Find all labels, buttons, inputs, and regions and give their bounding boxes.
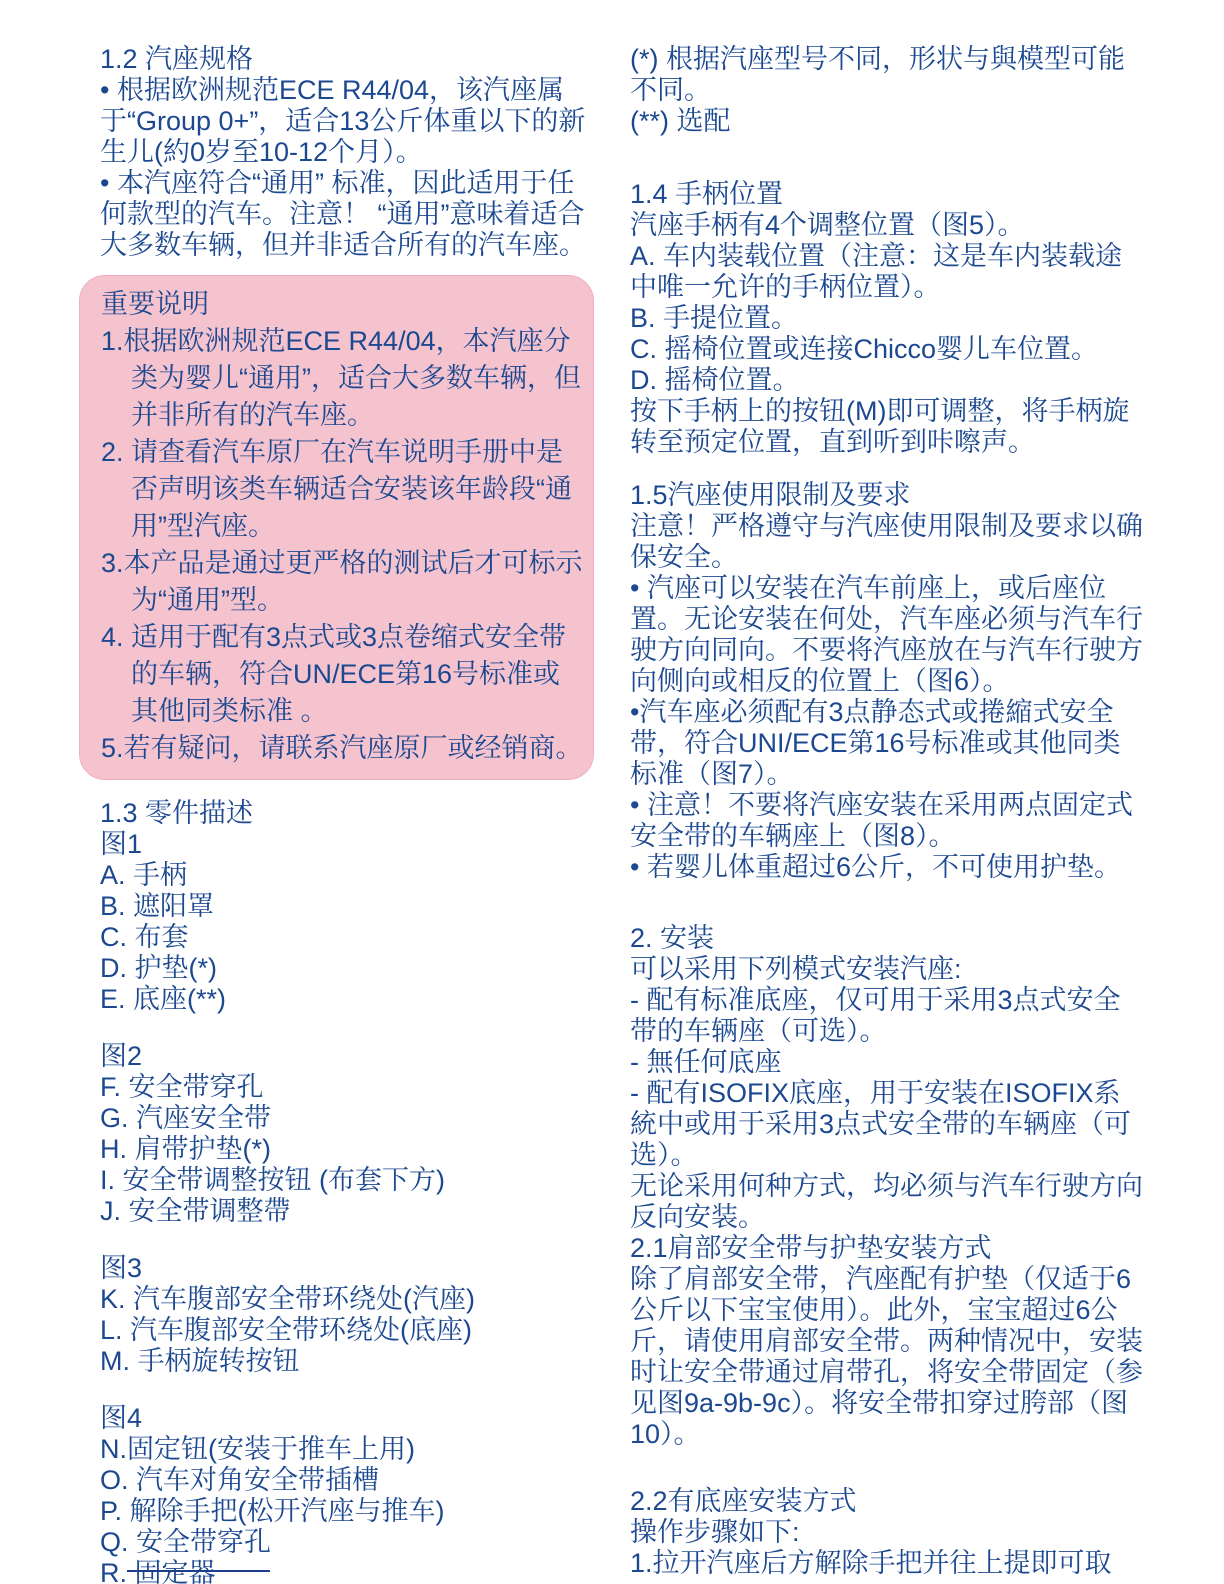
part-item-m: M. 手柄旋转按钮 [100, 1346, 594, 1377]
section-2-line-2: - 配有标准底座，仅可用于采用3点式安全带的车辆座（可选）。 [630, 985, 1146, 1047]
part-item-d: D. 护垫(*) [100, 953, 594, 984]
important-box-title: 重要说明 [101, 286, 583, 323]
part-item-h: H. 肩带护垫(*) [100, 1134, 594, 1165]
important-box-item-2: 2. 请查看汽车原厂在汽车说明手册中是否声明该类车辆适合安装该年龄段“通用”型汽… [101, 434, 583, 545]
footnote-double-asterisk: (**) 选配 [630, 106, 1146, 137]
section-1-4: 1.4 手柄位置 汽座手柄有4个调整位置（图5）。 A. 车内装载位置（注意：这… [630, 179, 1146, 458]
section-2-2-line-2: 1.拉开汽座后方解除手把并往上提即可取 [630, 1548, 1146, 1579]
section-1-5-line-1: 注意！严格遵守与汽座使用限制及要求以确保安全。 [630, 511, 1146, 573]
section-1-4-line-4: C. 摇椅位置或连接Chicco婴儿车位置。 [630, 334, 1146, 365]
section-2-2-line-1: 操作步骤如下: [630, 1517, 1146, 1548]
part-item-g: G. 汽座安全带 [100, 1103, 594, 1134]
part-item-n: N.固定钮(安装于推车上用) [100, 1434, 594, 1465]
section-1-3-title: 1.3 零件描述 [100, 798, 594, 829]
section-1-5-title: 1.5汽座使用限制及要求 [630, 480, 1146, 511]
part-item-f: F. 安全带穿孔 [100, 1072, 594, 1103]
part-item-c: C. 布套 [100, 922, 594, 953]
section-1-4-line-2: A. 车内装载位置（注意：这是车内装载途中唯一允许的手柄位置）。 [630, 241, 1146, 303]
figure-1-label: 图1 [100, 829, 594, 860]
section-2-1-title: 2.1肩部安全带与护垫安装方式 [630, 1233, 1146, 1264]
important-box-item-5: 5.若有疑问，请联系汽座原厂或经销商。 [101, 730, 583, 767]
section-1-5-line-5: • 若婴儿体重超过6公斤，不可使用护垫。 [630, 852, 1146, 883]
figure-3-label: 图3 [100, 1253, 594, 1284]
footnotes: (*) 根据汽座型号不同，形状与與模型可能不同。 (**) 选配 [630, 44, 1146, 137]
figure-4-group: 图4 N.固定钮(安装于推车上用) O. 汽车对角安全带插槽 P. 解除手把(松… [100, 1403, 594, 1584]
section-1-5-line-3: •汽车座必须配有3点静态式或捲縮式安全带，符合UNI/ECE第16号标准或其他同… [630, 697, 1146, 790]
section-1-4-line-3: B. 手提位置。 [630, 303, 1146, 334]
figure-2-label: 图2 [100, 1041, 594, 1072]
section-1-4-line-1: 汽座手柄有4个调整位置（图5）。 [630, 210, 1146, 241]
part-item-e: E. 底座(**) [100, 984, 594, 1015]
figure-2-group: 图2 F. 安全带穿孔 G. 汽座安全带 H. 肩带护垫(*) I. 安全带调整… [100, 1041, 594, 1227]
section-1-5: 1.5汽座使用限制及要求 注意！严格遵守与汽座使用限制及要求以确保安全。 • 汽… [630, 480, 1146, 883]
manual-page: 1.2 汽座规格 • 根据欧洲规范ECE R44/04，该汽座属于“Group … [0, 0, 1224, 1584]
section-1-2-title: 1.2 汽座规格 [100, 44, 594, 75]
section-2-1-paragraph: 除了肩部安全带，汽座配有护垫（仅适于6公斤以下宝宝使用）。此外，宝宝超过6公斤，… [630, 1264, 1146, 1450]
section-2-title: 2. 安装 [630, 923, 1146, 954]
section-1-4-title: 1.4 手柄位置 [630, 179, 1146, 210]
important-note-box: 重要说明 1.根据欧洲规范ECE R44/04，本汽座分类为婴儿“通用”，适合大… [79, 275, 594, 780]
section-1-2: 1.2 汽座规格 • 根据欧洲规范ECE R44/04，该汽座属于“Group … [100, 44, 594, 261]
footer-rule [127, 1570, 270, 1572]
important-box-item-3: 3.本产品是通过更严格的测试后才可标示为“通用”型。 [101, 545, 583, 619]
section-2-line-3: - 無任何底座 [630, 1047, 1146, 1078]
section-2-line-5: 无论采用何种方式，均必须与汽车行驶方向反向安装。 [630, 1171, 1146, 1233]
part-item-i: I. 安全带调整按钮 (布套下方) [100, 1165, 594, 1196]
section-1-5-line-2: • 汽座可以安装在汽车前座上，或后座位置。无论安装在何处，汽车座必须与汽车行驶方… [630, 573, 1146, 697]
part-item-k: K. 汽车腹部安全带环绕处(汽座) [100, 1284, 594, 1315]
figure-3-group: 图3 K. 汽车腹部安全带环绕处(汽座) L. 汽车腹部安全带环绕处(底座) M… [100, 1253, 594, 1377]
right-column: (*) 根据汽座型号不同，形状与與模型可能不同。 (**) 选配 1.4 手柄位… [630, 44, 1146, 1579]
figure-4-label: 图4 [100, 1403, 594, 1434]
part-item-b: B. 遮阳罩 [100, 891, 594, 922]
section-1-4-line-5: D. 摇椅位置。 [630, 365, 1146, 396]
section-1-2-paragraph-1: • 根据欧洲规范ECE R44/04，该汽座属于“Group 0+”，适合13公… [100, 75, 594, 168]
part-item-a: A. 手柄 [100, 860, 594, 891]
section-1-2-paragraph-2: • 本汽座符合“通用” 标准，因此适用于任何款型的汽车。注意！ “通用”意味着适… [100, 168, 594, 261]
section-1-4-line-6: 按下手柄上的按钮(M)即可调整，将手柄旋转至预定位置，直到听到咔嚓声。 [630, 396, 1146, 458]
section-1-3: 1.3 零件描述 图1 A. 手柄 B. 遮阳罩 C. 布套 D. 护垫(*) … [100, 798, 594, 1584]
part-item-j: J. 安全带调整帶 [100, 1196, 594, 1227]
section-2-line-1: 可以采用下列模式安装汽座: [630, 954, 1146, 985]
section-2-2-title: 2.2有底座安装方式 [630, 1486, 1146, 1517]
part-item-o: O. 汽车对角安全带插槽 [100, 1465, 594, 1496]
important-box-item-1: 1.根据欧洲规范ECE R44/04，本汽座分类为婴儿“通用”，适合大多数车辆，… [101, 323, 583, 434]
section-1-5-line-4: • 注意！不要将汽座安装在采用两点固定式安全带的车辆座上（图8）。 [630, 790, 1146, 852]
section-2-2: 2.2有底座安装方式 操作步骤如下: 1.拉开汽座后方解除手把并往上提即可取 [630, 1486, 1146, 1579]
left-column: 1.2 汽座规格 • 根据欧洲规范ECE R44/04，该汽座属于“Group … [100, 44, 594, 1584]
part-item-p: P. 解除手把(松开汽座与推车) [100, 1496, 594, 1527]
section-2-line-4: - 配有ISOFIX底座，用于安装在ISOFIX系統中或用于采用3点式安全带的车… [630, 1078, 1146, 1171]
part-item-q: Q. 安全带穿孔 [100, 1527, 594, 1558]
part-item-l: L. 汽车腹部安全带环绕处(底座) [100, 1315, 594, 1346]
important-box-item-4: 4. 适用于配有3点式或3点卷缩式安全带的车辆，符合UN/ECE第16号标准或其… [101, 619, 583, 730]
section-2: 2. 安装 可以采用下列模式安装汽座: - 配有标准底座，仅可用于采用3点式安全… [630, 923, 1146, 1450]
figure-1-group: 图1 A. 手柄 B. 遮阳罩 C. 布套 D. 护垫(*) E. 底座(**) [100, 829, 594, 1015]
footnote-asterisk: (*) 根据汽座型号不同，形状与與模型可能不同。 [630, 44, 1146, 106]
